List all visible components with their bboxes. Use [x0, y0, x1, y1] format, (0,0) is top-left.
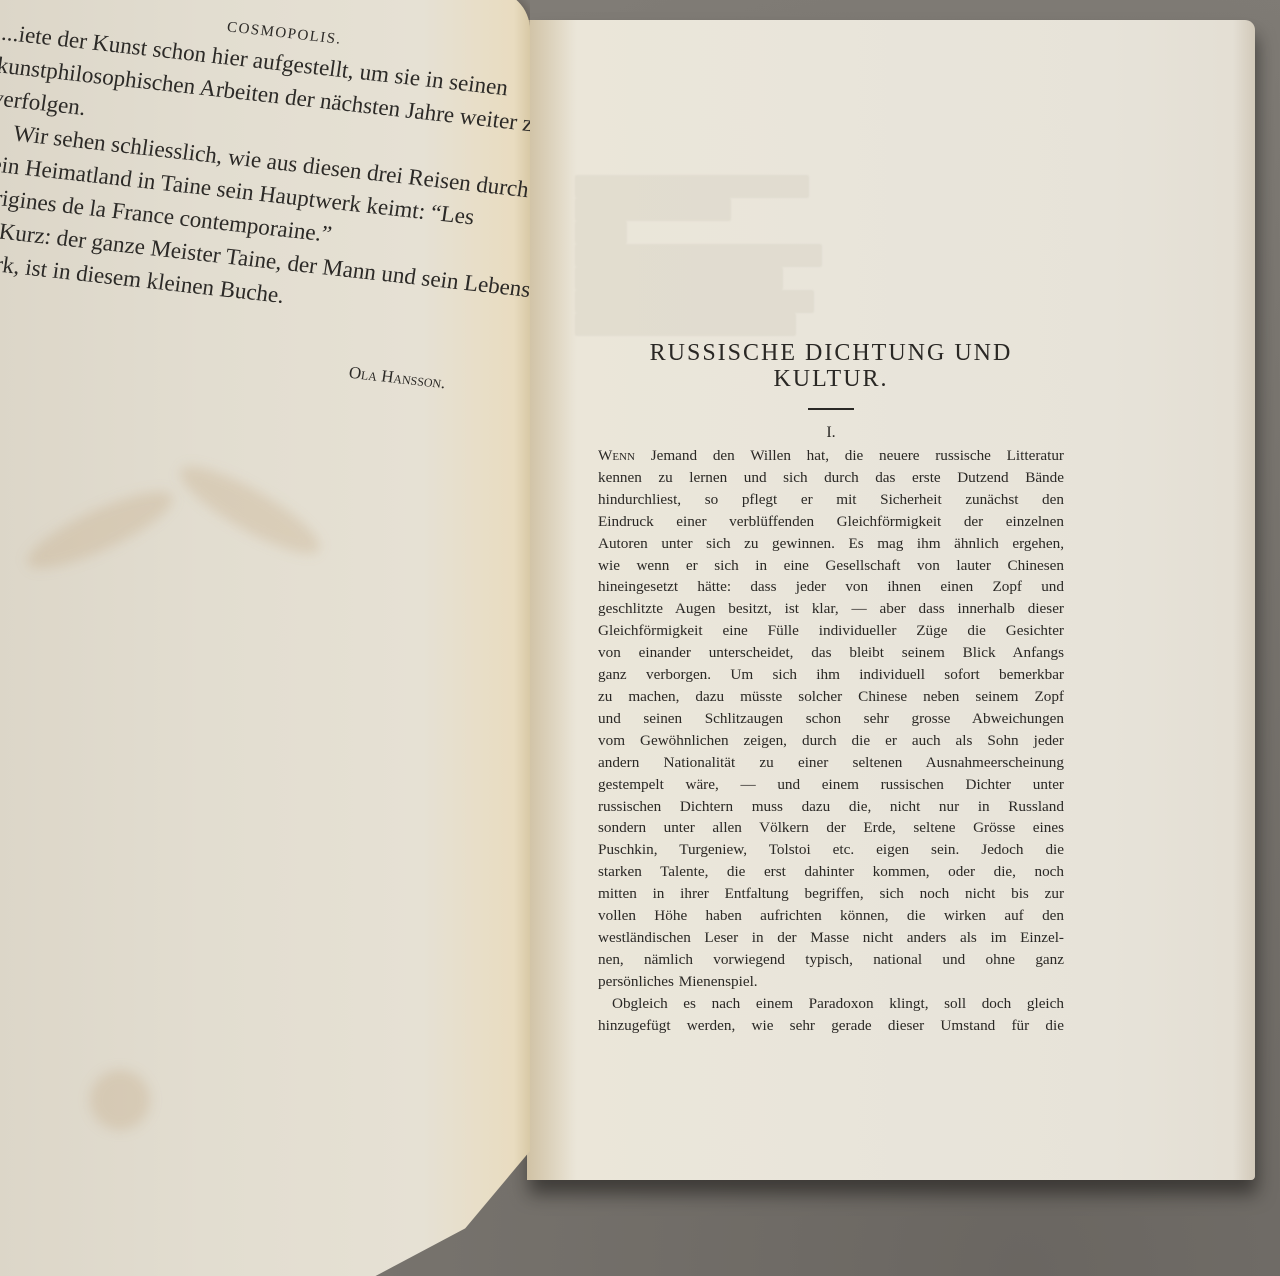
gutter-shadow — [527, 20, 577, 1180]
text-line: geschlitzte Augen besitzt, ist klar, — a… — [598, 598, 1064, 620]
text-line: Eindruck einer verblüffenden Gleichförmi… — [598, 511, 1064, 533]
text-line: Autoren unter sich zu gewinnen. Es mag i… — [598, 533, 1064, 555]
author-signature: Ola Hansson. — [0, 313, 458, 401]
deckled-page-edge — [1233, 20, 1255, 1180]
foxing-stain — [171, 453, 330, 568]
text-line: kennen zu lernen und sich durch das erst… — [598, 467, 1064, 489]
text-line: gestempelt wäre, — und einem russischen … — [598, 774, 1064, 796]
foxing-stain — [19, 478, 181, 582]
text-line: zu machen, dazu müsste solcher Chinese n… — [598, 686, 1064, 708]
text-line: und seinen Schlitzaugen schon sehr gross… — [598, 708, 1064, 730]
foxing-stain — [90, 1070, 150, 1130]
text-line: nen, nämlich vorwiegend typisch, nationa… — [598, 949, 1064, 971]
text-line: hineingesetzt hätte: dass jeder von ihne… — [598, 576, 1064, 598]
title-line-2: KULTUR. — [773, 366, 888, 392]
title-line-1: RUSSISCHE DICHTUNG UND — [650, 340, 1013, 366]
text-line: persönliches Mienenspiel. — [598, 971, 1064, 993]
text-line: Obgleich es nach einem Paradoxon klingt,… — [598, 993, 1064, 1015]
text-line: westländischen Leser in der Masse nicht … — [598, 927, 1064, 949]
article-text: RUSSISCHE DICHTUNG UND KULTUR. I. Wenn J… — [598, 340, 1064, 1036]
left-page: COSMOPOLIS. ...iete der Kunst schon hier… — [0, 0, 530, 1276]
text-line: Gleichförmigkeit eine Fülle individuelle… — [598, 620, 1064, 642]
text-line: vollen Höhe haben aufrichten können, die… — [598, 905, 1064, 927]
section-number: I. — [598, 424, 1064, 442]
text-line: von einander unterscheidet, das bleibt s… — [598, 642, 1064, 664]
text-line: Puschkin, Turgeniew, Tolstoi etc. eigen … — [598, 839, 1064, 861]
text-line: mitten in ihrer Entfaltung begriffen, si… — [598, 883, 1064, 905]
text-line: Wenn Jemand den Willen hat, die neuere r… — [598, 445, 1064, 467]
title-rule — [808, 408, 854, 410]
text-line: russischen Dichtern muss dazu die, nicht… — [598, 796, 1064, 818]
article-title: RUSSISCHE DICHTUNG UND KULTUR. — [598, 340, 1064, 392]
left-page-text: COSMOPOLIS. ...iete der Kunst schon hier… — [0, 0, 505, 400]
text-line: wie wenn er sich in eine Gesellschaft vo… — [598, 555, 1064, 577]
text-line: hinzugefügt werden, wie sehr gerade dies… — [598, 1015, 1064, 1037]
text-line: sondern unter allen Völkern der Erde, se… — [598, 817, 1064, 839]
text-line: starken Talente, die erst dahinter komme… — [598, 861, 1064, 883]
text-line: hindurchliest, so pflegt er mit Sicherhe… — [598, 489, 1064, 511]
text-line: vom Gewöhnlichen zeigen, durch die er au… — [598, 730, 1064, 752]
text-line: andern Nationalität zu einer seltenen Au… — [598, 752, 1064, 774]
drop-word: Wenn — [598, 447, 635, 464]
text-line: ganz verborgen. Um sich ihm individuell … — [598, 664, 1064, 686]
show-through-text — [575, 175, 835, 336]
